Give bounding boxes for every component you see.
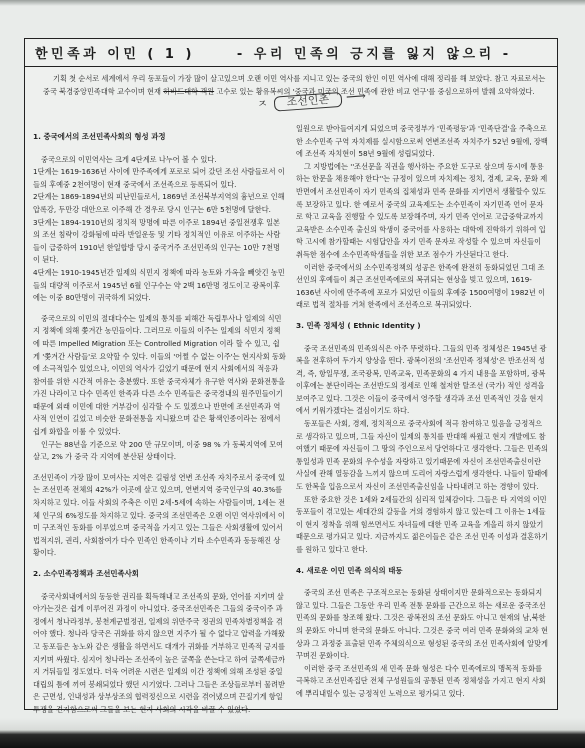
scan-edge-bottom (0, 718, 585, 748)
arrow-right-icon: ⟶ (345, 88, 366, 105)
section-heading: 1. 중국에서의 조선민족사회의 형성 과정 (33, 131, 286, 144)
article-subtitle: - 우리 민족의 긍지를 잃지 않으리 - (237, 43, 512, 62)
paragraph: 중국사회내에서의 동등한 권리를 획득해내고 조선족의 문화, 언어를 지키며 … (33, 591, 286, 717)
article-body: 1. 중국에서의 조선민족사회의 형성 과정 중국으로의 이민역사는 크게 4단… (25, 119, 557, 742)
paragraph: 인구는 88년을 기준으로 약 200 만 규모이며, 이중 98 % 가 동북… (33, 439, 286, 464)
right-column: 일원으로 받아들여지게 되었으며 중국정부가 '민족평등'과 '민족단결'을 주… (296, 123, 549, 742)
paragraph: 4단계는 1910-1945년간 일제의 식민지 정책에 따라 농토와 가옥을 … (33, 267, 286, 305)
section-heading: 3. 민족 정체성 ( Ethnic Identity ) (296, 320, 549, 333)
paragraph: 1단계는 1619-1636년 사이에 만주족에게 포로로 되어 갔던 조선 사… (33, 166, 286, 191)
section-heading: 4. 새로운 이민 민족 의식의 태동 (296, 565, 549, 578)
annotation-mark: ㅈ (257, 97, 269, 111)
paragraph: 중국으로의 이민의 절대다수는 일제의 통치를 피해간 독립투사나 일제의 식민… (33, 313, 286, 439)
paragraph: 중국 조선민족의 민족의식은 아주 뚜렷하다. 그들의 민족 정체성은 1945… (296, 343, 549, 419)
scan-edge-top (0, 0, 585, 6)
article-intro: 기획 첫 순서로 세계에서 우리 동포들이 가장 많이 살고있으며 오랜 이민 … (25, 67, 557, 119)
paragraph: 또한 중요한 것은 1세와 2세들간의 심리적 일체감이다. 그들은 타 지역의… (296, 494, 549, 557)
article-title: 한민족과 이민 ( 1 ) (35, 43, 195, 62)
paragraph: 이러한 중국 조선민족의 새 민족 문화 형성은 다수 민족에로의 맹목적 동화… (296, 663, 549, 701)
left-column: 1. 중국에서의 조선민족사회의 형성 과정 중국으로의 이민역사는 크게 4단… (33, 123, 286, 742)
paragraph: 동포들은 사회, 경제, 정치적으로 중국사회에 적극 참여하고 있음을 긍정적… (296, 418, 549, 494)
paragraph: 이러한 중국에서의 소수민족정책의 성공은 한족에 완전히 동화되었던 그대 조… (296, 262, 549, 312)
struck-text: 하바드대학 객원 (163, 87, 214, 96)
paragraph: 일원으로 받아들여지게 되었으며 중국정부가 '민족평등'과 '민족단결'을 주… (296, 123, 549, 161)
paragraph: 중국으로의 이민역사는 크게 4단계로 나누어 볼 수 있다. (33, 154, 286, 167)
section-heading: 2. 소수민족정책과 조선민족사회 (33, 568, 286, 581)
paragraph: 그 지방법에는 ''조선문을 직권을 행사하는 주요한 도구로 삼으며 동시에 … (296, 161, 549, 262)
paragraph: 조선민족이 가장 많이 모여사는 지역은 길림성 연변 조선족 자치주로서 중국… (33, 472, 286, 560)
paragraph: 3단계는 1894-1910년의 정치적 망명에 따른 이주로 1894년 중일… (33, 217, 286, 267)
paragraph: 중국의 조선 민족은 구조적으로는 동화된 상태이지만 문화적으로는 동화되지 … (296, 587, 549, 663)
article-header: 한민족과 이민 ( 1 ) - 우리 민족의 긍지를 잃지 않으리 - (25, 39, 557, 67)
article-frame: 한민족과 이민 ( 1 ) - 우리 민족의 긍지를 잃지 않으리 - 기획 첫… (24, 38, 558, 710)
paragraph: 2단계는 1869-1894년의 피난민들로서, 1869년 조선북부지역의 흉… (33, 191, 286, 216)
